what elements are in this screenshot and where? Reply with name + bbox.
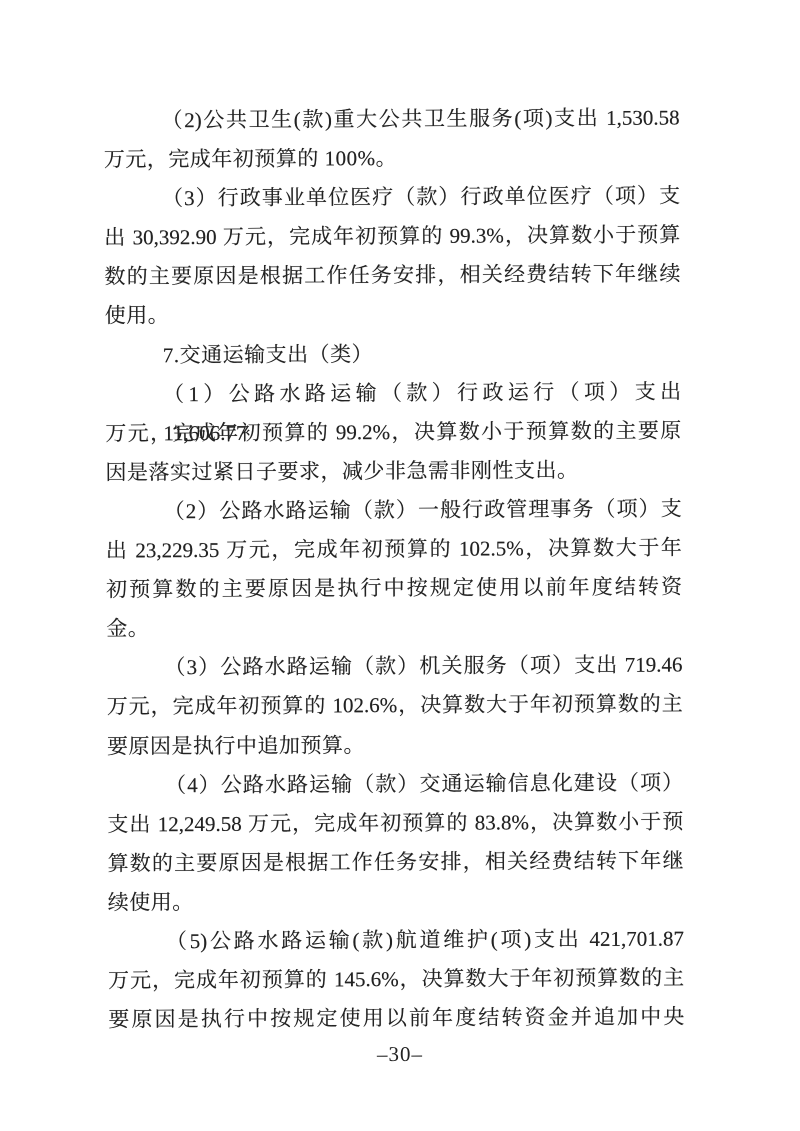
page-number: –30– bbox=[0, 1040, 800, 1069]
text-line: 出 30,392.90 万元，完成年初预算的 99.3%，决算数小于预算 bbox=[104, 216, 680, 258]
text-line: 要原因是执行中追加预算。 bbox=[107, 724, 683, 766]
text-line: 支出 12,249.58 万元，完成年初预算的 83.8%，决算数小于预 bbox=[107, 802, 683, 844]
text-line: 续使用。 bbox=[108, 880, 684, 922]
text-line: （3）行政事业单位医疗（款）行政单位医疗（项）支 bbox=[104, 177, 680, 219]
text-line: 7.交通运输支出（类） bbox=[105, 333, 681, 375]
document-body: （2)公共卫生(款)重大公共卫生服务(项)支出 1,530.58万元，完成年初预… bbox=[104, 98, 685, 1039]
text-line: 算数的主要原因是根据工作任务安排，相关经费结转下年继 bbox=[107, 841, 683, 883]
text-line: 因是落实过紧日子要求，减少非急需非刚性支出。 bbox=[105, 450, 681, 492]
text-line: 要原因是执行中按规定使用以前年度结转资金并追加中央 bbox=[108, 998, 684, 1040]
text-line: 万元，完成年初预算的 99.2%，决算数小于预算数的主要原 bbox=[105, 411, 681, 453]
text-line: （1）公路水路运输（款）行政运行（项）支出 11,606.77 bbox=[105, 372, 681, 414]
text-line: 金。 bbox=[106, 607, 682, 649]
text-line: （5)公路水路运输(款)航道维护(项)支出 421,701.87 bbox=[108, 919, 684, 961]
text-line: （3）公路水路运输（款）机关服务（项）支出 719.46 bbox=[106, 646, 682, 688]
text-line: 万元，完成年初预算的 145.6%，决算数大于年初预算数的主 bbox=[108, 959, 684, 1001]
text-line: 万元，完成年初预算的 102.6%，决算数大于年初预算数的主 bbox=[107, 685, 683, 727]
text-line: （2)公共卫生(款)重大公共卫生服务(项)支出 1,530.58 bbox=[104, 98, 680, 140]
text-line: （4）公路水路运输（款）交通运输信息化建设（项） bbox=[107, 763, 683, 805]
scanned-document-screenshot: { "document": { "page_number": "–30–", "… bbox=[0, 0, 800, 1131]
text-line: 使用。 bbox=[105, 294, 681, 336]
text-line: （2）公路水路运输（款）一般行政管理事务（项）支 bbox=[106, 489, 682, 531]
document-page: （2)公共卫生(款)重大公共卫生服务(项)支出 1,530.58万元，完成年初预… bbox=[0, 0, 800, 1131]
text-line: 数的主要原因是根据工作任务安排，相关经费结转下年继续 bbox=[104, 255, 680, 297]
text-line: 万元，完成年初预算的 100%。 bbox=[104, 138, 680, 180]
text-line: 出 23,229.35 万元，完成年初预算的 102.5%，决算数大于年 bbox=[106, 529, 682, 571]
text-line: 初预算数的主要原因是执行中按规定使用以前年度结转资 bbox=[106, 568, 682, 610]
